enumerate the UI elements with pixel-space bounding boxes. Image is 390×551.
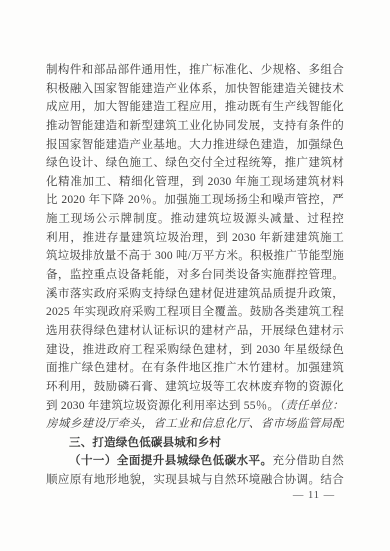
text-segment-normal: 化精准加工、精细化管理，到 2030 年施工现场建筑材料损耗率 bbox=[46, 176, 344, 192]
body-line: 施工现场公示牌制度。推动建筑垃圾源头减量、过程控制、循环 bbox=[46, 210, 344, 229]
body-line: 筑垃圾排放量不高于 300 吨/万平方米。积极推广节能型施工设 bbox=[46, 247, 344, 266]
text-segment-normal: 报国家智能建造产业基地。大力推进绿色建造，加强绿色策划、 bbox=[46, 139, 344, 155]
text-segment-normal: 选用获得绿色建材认证标识的建材产品，开展绿色建材示范工程 bbox=[46, 325, 344, 341]
text-segment-normal: 制构件和部品部件通用性，推广标准化、少规格、多组合设计。 bbox=[46, 64, 344, 80]
text-segment-normal: 顺应原有地形地貌，实现县城与自然环境融合协调。结合实际推 bbox=[46, 474, 344, 490]
responsibility-line: 房城乡建设厅牵头，省工业和信息化厅、省市场监管局配合） bbox=[46, 415, 344, 434]
text-segment-normal: 施工现场公示牌制度。推动建筑垃圾源头减量、过程控制、循环 bbox=[46, 213, 344, 229]
body-line: 化精准加工、精细化管理，到 2030 年施工现场建筑材料损耗率 bbox=[46, 173, 344, 192]
body-line: 2025 年实现政府采购工程项目全覆盖。鼓励各类建筑工程优先 bbox=[46, 303, 344, 322]
text-segment-kai: 房城乡建设厅牵头，省工业和信息化厅、省市场监管局配合） bbox=[46, 418, 344, 434]
body-line: 备，监控重点设备耗能，对多台同类设备实施群控管理。推动玉 bbox=[46, 266, 344, 285]
text-segment-normal: 比 2020 年下降 20％。加强施工现场扬尘和噪声管控，严格执行 bbox=[46, 194, 344, 210]
text-segment-normal: 推动智能建造和新型建筑工业化协同发展，支持有条件的企业申 bbox=[46, 120, 344, 136]
body-line: 制构件和部品部件通用性，推广标准化、少规格、多组合设计。 bbox=[46, 61, 344, 80]
text-segment-normal: 筑垃圾排放量不高于 300 吨/万平方米。积极推广节能型施工设 bbox=[46, 250, 344, 266]
text-segment-normal: 到 2030 年建筑垃圾资源化利用率达到 55％。 bbox=[46, 400, 279, 412]
text-segment-normal: 积极融入国家智能建造产业体系，加快智能建造关键技术装备集 bbox=[46, 83, 344, 99]
body-line: 到 2030 年建筑垃圾资源化利用率达到 55％。（责任单位：省住 bbox=[46, 397, 344, 416]
body-line: 顺应原有地形地貌，实现县城与自然环境融合协调。结合实际推 bbox=[46, 471, 344, 490]
text-segment-normal: 面推广绿色建材。在有条件地区推广木竹建材。加强建筑材料循 bbox=[46, 362, 344, 378]
text-segment-bold: （十一）全面提升县城绿色低碳水平。 bbox=[69, 455, 272, 467]
text-segment-normal: 成应用，加大智能建造工程应用，推动既有生产线智能化改造， bbox=[46, 101, 344, 117]
body-line: 选用获得绿色建材认证标识的建材产品，开展绿色建材示范工程 bbox=[46, 322, 344, 341]
body-line: 报国家智能建造产业基地。大力推进绿色建造，加强绿色策划、 bbox=[46, 136, 344, 155]
text-segment-normal: 利用，推进存量建筑垃圾治理，到 2030 年新建建筑施工现场建 bbox=[46, 232, 344, 248]
text-segment-normal: 环利用，鼓励磷石膏、建筑垃圾等工农林废弃物的资源化利用， bbox=[46, 381, 344, 397]
body-line: 推动智能建造和新型建筑工业化协同发展，支持有条件的企业申 bbox=[46, 117, 344, 136]
body-line: 建设，推进政府工程采购绿色建材，到 2030 年星级绿色建筑全 bbox=[46, 341, 344, 360]
page-number: — 11 — bbox=[284, 489, 344, 503]
body-line: 绿色设计、绿色施工、绿色交付全过程统筹，推广建筑材料工厂 bbox=[46, 154, 344, 173]
body-line: 溪市落实政府采购支持绿色建材促进建筑品质提升政策，到 bbox=[46, 285, 344, 304]
text-segment-normal: 绿色设计、绿色施工、绿色交付全过程统筹，推广建筑材料工厂 bbox=[46, 157, 344, 173]
text-block: 制构件和部品部件通用性，推广标准化、少规格、多组合设计。积极融入国家智能建造产业… bbox=[46, 61, 344, 490]
text-segment-normal: 备，监控重点设备耗能，对多台同类设备实施群控管理。推动玉 bbox=[46, 269, 344, 285]
text-segment-bold: 三、打造绿色低碳县城和乡村 bbox=[69, 437, 221, 449]
body-line: 成应用，加大智能建造工程应用，推动既有生产线智能化改造， bbox=[46, 98, 344, 117]
text-segment-normal: 溪市落实政府采购支持绿色建材促进建筑品质提升政策，到 bbox=[46, 288, 344, 304]
text-segment-normal: 建设，推进政府工程采购绿色建材，到 2030 年星级绿色建筑全 bbox=[46, 344, 344, 360]
body-line: 比 2020 年下降 20％。加强施工现场扬尘和噪声管控，严格执行 bbox=[46, 191, 344, 210]
subsection-lead-line: （十一）全面提升县城绿色低碳水平。充分借助自然条件、 bbox=[46, 452, 344, 471]
body-line: 利用，推进存量建筑垃圾治理，到 2030 年新建建筑施工现场建 bbox=[46, 229, 344, 248]
text-segment-normal: 2025 年实现政府采购工程项目全覆盖。鼓励各类建筑工程优先 bbox=[46, 306, 344, 322]
body-line: 面推广绿色建材。在有条件地区推广木竹建材。加强建筑材料循 bbox=[46, 359, 344, 378]
document-page: 制构件和部品部件通用性，推广标准化、少规格、多组合设计。积极融入国家智能建造产业… bbox=[0, 0, 390, 551]
section-heading: 三、打造绿色低碳县城和乡村 bbox=[46, 434, 344, 453]
body-line: 环利用，鼓励磷石膏、建筑垃圾等工农林废弃物的资源化利用， bbox=[46, 378, 344, 397]
body-line: 积极融入国家智能建造产业体系，加快智能建造关键技术装备集 bbox=[46, 80, 344, 99]
